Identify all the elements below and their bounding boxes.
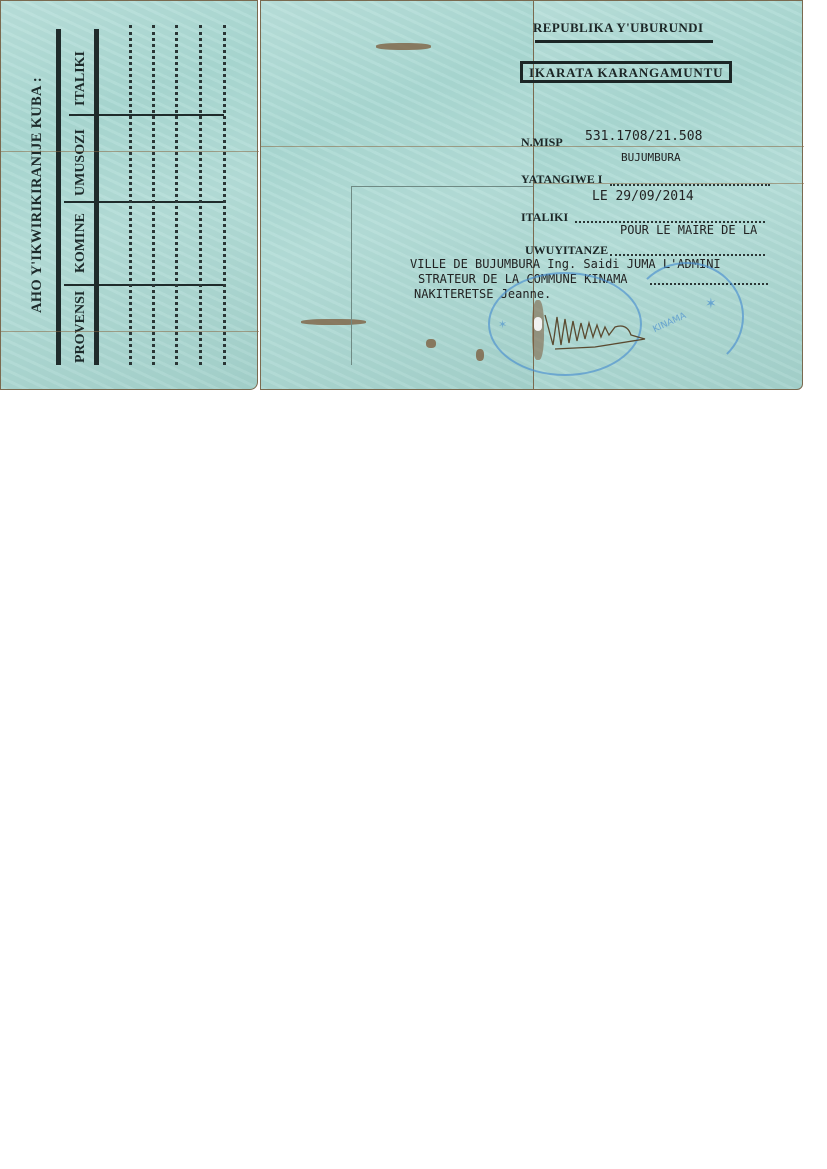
stamp-star-icon: ✶ <box>498 318 507 331</box>
blank-row-line <box>152 25 155 365</box>
signature <box>535 305 670 355</box>
column-header-italiki: ITALIKI <box>73 51 89 106</box>
rust-stain <box>376 43 431 50</box>
card-title-box: IKARATA KARANGAMUNTU <box>520 61 732 83</box>
staple-hole <box>534 317 542 331</box>
issuer-line-1: POUR LE MAIRE DE LA <box>620 223 757 237</box>
republic-title: REPUBLIKA Y'UBURUNDI <box>533 20 703 36</box>
fold-crease <box>1 331 259 332</box>
date-label: ITALIKI <box>521 210 568 225</box>
id-card: AHO Y'IKWIRIKIRANIJE KUBA : PROVENSI KOM… <box>0 0 805 392</box>
column-header-komine: KOMINE <box>73 213 89 273</box>
blank-row-line <box>175 25 178 365</box>
issuer-label: UWUYITANZE <box>525 243 608 258</box>
fold-crease <box>261 146 536 147</box>
republic-underline <box>535 40 713 43</box>
column-header-umusozi: UMUSOZI <box>73 129 89 196</box>
fold-crease <box>1 151 259 152</box>
blank-row-line <box>129 25 132 365</box>
stamp-star-icon: ✶ <box>705 296 717 312</box>
left-panel-residence-table: AHO Y'IKWIRIKIRANIJE KUBA : PROVENSI KOM… <box>0 0 258 390</box>
issuer-leader <box>610 254 765 256</box>
issued-at-leader <box>610 184 770 186</box>
fold-crease <box>534 146 804 147</box>
residence-heading: AHO Y'IKWIRIKIRANIJE KUBA : <box>29 77 46 313</box>
rust-stain <box>426 339 436 348</box>
date-value: LE 29/09/2014 <box>592 189 694 204</box>
issued-at-label: YATANGIWE I <box>521 172 602 187</box>
blank-row-line <box>223 25 226 365</box>
table-header-bar <box>94 29 99 365</box>
issued-at-value: BUJUMBURA <box>621 151 681 164</box>
number-label: N.MISP <box>521 135 563 150</box>
column-header-provensi: PROVENSI <box>73 291 89 363</box>
rust-stain <box>476 349 484 361</box>
blank-row-line <box>199 25 202 365</box>
table-left-bar <box>56 29 61 365</box>
number-value: 531.1708/21.508 <box>585 129 702 144</box>
card-title: IKARATA KARANGAMUNTU <box>529 65 723 81</box>
